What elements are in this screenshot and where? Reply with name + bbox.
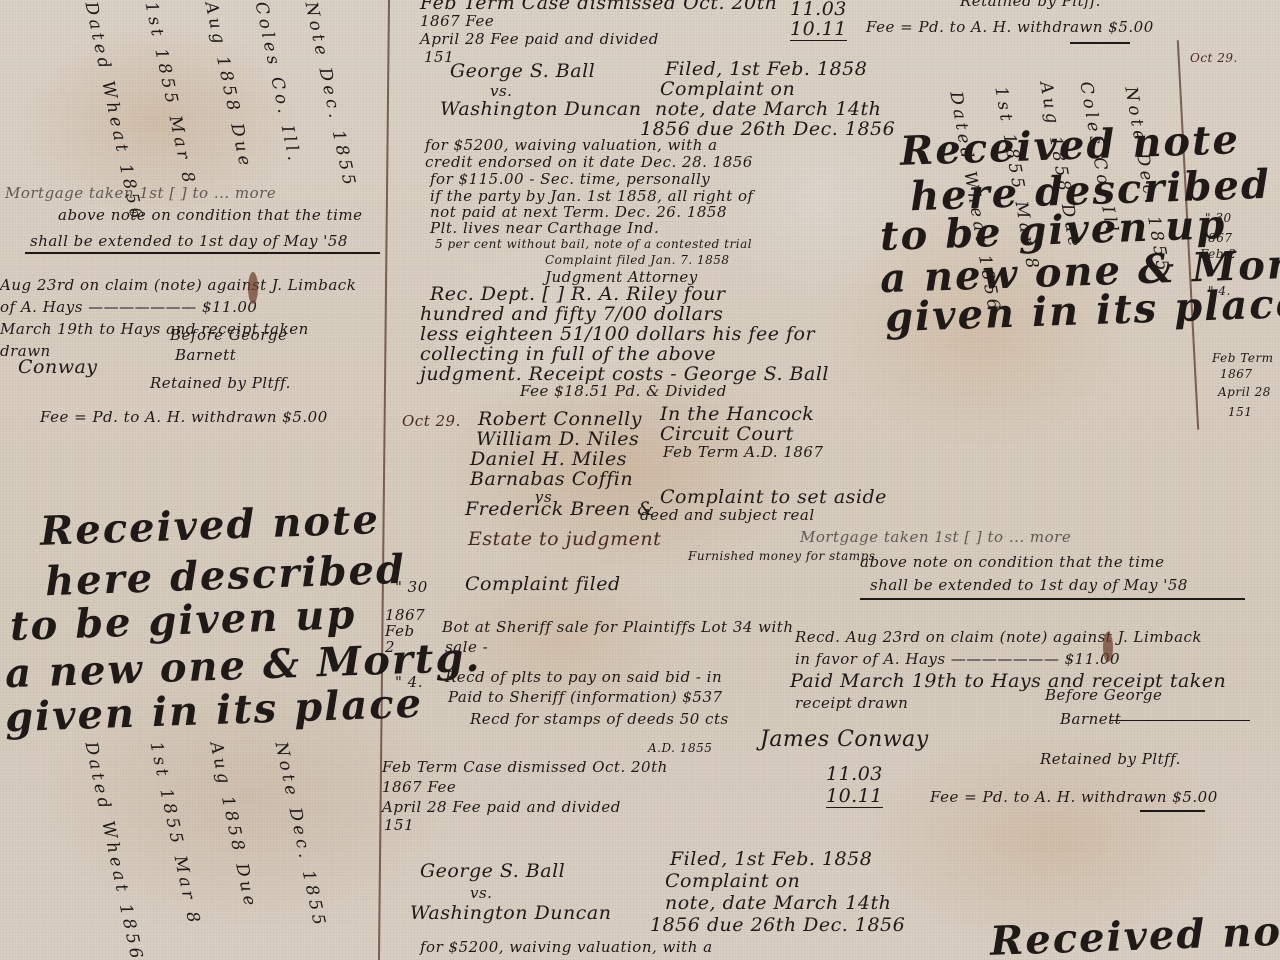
witness: Barnett — [175, 348, 236, 364]
receipt-line: Aug 23rd on claim (note) against J. Limb… — [0, 278, 356, 294]
case-body-line: 5 per cent without bail, note of a conte… — [435, 238, 752, 251]
complaint-line: deed and subject real — [640, 508, 815, 524]
signature: Conway — [18, 358, 98, 378]
receipt-line: hundred and fifty 7/00 dollars — [420, 305, 723, 325]
complaint-line: Complaint to set aside — [660, 488, 887, 508]
bottom-entry-line: April 28 Fee paid and divided — [382, 800, 621, 816]
case-desc: note, date March 14th — [655, 100, 881, 120]
retained-note: Retained by Pltff. — [960, 0, 1101, 10]
plaintiff-name: Daniel H. Miles — [470, 450, 627, 470]
date-note: A.D. 1855 — [648, 742, 712, 755]
case-filed: Filed, 1st Feb. 1858 — [670, 850, 872, 870]
mortgage-note: Mortgage taken 1st [ ] to ... more — [800, 530, 1071, 546]
underline — [860, 598, 1245, 600]
estate-line: Estate to judgment — [468, 530, 661, 550]
signature: James Conway — [760, 728, 929, 751]
witness: Before George — [1045, 688, 1162, 704]
case-body-line: Plt. lives near Carthage Ind. — [430, 221, 659, 237]
ink-blot — [1103, 632, 1113, 662]
court-name: Circuit Court — [660, 425, 794, 445]
receipt-line: receipt drawn — [795, 696, 908, 712]
bottom-entry-folio: 151 — [384, 818, 414, 834]
fee-line: Fee $18.51 Pd. & Divided — [520, 384, 727, 400]
plaintiff-name: William D. Niles — [476, 430, 639, 450]
case-desc: Complaint on — [665, 872, 800, 892]
margin-row: 1867 — [1200, 232, 1233, 245]
strike — [1110, 720, 1250, 721]
margin-row: 1867 — [1220, 368, 1253, 381]
case-body-line: for $115.00 - Sec. time, personally — [430, 172, 710, 188]
margin-date: Oct 29. — [1190, 52, 1238, 65]
cursive-block-line: Received note — [39, 499, 380, 553]
entry-text: Recd for stamps of deeds 50 cts — [470, 712, 729, 728]
fee-line: Fee = Pd. to A. H. withdrawn $5.00 — [40, 410, 328, 426]
bottom-entry-line: Feb Term Case dismissed Oct. 20th — [382, 760, 668, 776]
receipt-line: in favor of A. Hays ——————— $11.00 — [795, 652, 1120, 668]
receipt-line: collecting in full of the above — [420, 345, 716, 365]
retained-note: Retained by Pltff. — [1040, 752, 1181, 768]
witness: Before George — [170, 328, 287, 344]
margin-row: 151 — [1228, 406, 1252, 419]
case-body-line: for $5200, waiving valuation, with a — [425, 138, 718, 154]
cursive-block-line: Received note — [989, 909, 1280, 960]
mortgage-note: above note on condition that the time — [860, 555, 1164, 571]
versus: vs. — [470, 886, 492, 902]
retained-note: Retained by Pltff. — [150, 376, 291, 392]
underline — [25, 252, 380, 254]
amount: 10.11 — [826, 787, 883, 808]
underline — [1140, 810, 1205, 812]
case-body-line: credit endorsed on it date Dec. 28. 1856 — [425, 155, 753, 171]
case-desc: Complaint on — [660, 80, 795, 100]
mortgage-note: Mortgage taken 1st [ ] to ... more — [5, 186, 276, 202]
underline — [1070, 42, 1130, 44]
fee-line: Fee = Pd. to A. H. withdrawn $5.00 — [930, 790, 1218, 806]
defendant-name: Washington Duncan — [440, 100, 641, 120]
top-entry-line: 1867 Fee — [420, 14, 494, 30]
margin-row: Feb Term — [1212, 352, 1274, 365]
receipt-line: less eighteen 51/100 dollars his fee for — [420, 325, 815, 345]
entry-text: Complaint filed — [465, 575, 621, 595]
case-body-line: for $5200, waiving valuation, with a — [420, 940, 713, 956]
margin-row: Feb 2 — [1200, 248, 1236, 261]
court-name: In the Hancock — [660, 405, 814, 425]
entry-text: Paid to Sheriff (information) $537 — [448, 690, 723, 706]
case-desc: note, date March 14th — [665, 894, 891, 914]
case-body-line: Complaint filed Jan. 7. 1858 — [545, 254, 730, 267]
mortgage-note: shall be extended to 1st day of May '58 — [30, 234, 348, 250]
court-term: Feb Term A.D. 1867 — [663, 445, 824, 461]
amount: 10.11 — [790, 20, 847, 41]
ink-blot — [248, 272, 258, 304]
margin-row: April 28 — [1218, 386, 1271, 399]
margin-row: " 4. — [1208, 285, 1231, 298]
margin-row: " 30 — [1205, 212, 1232, 225]
defendant-name: Washington Duncan — [410, 904, 611, 924]
mortgage-note: shall be extended to 1st day of May '58 — [870, 578, 1188, 594]
case-filed: Filed, 1st Feb. 1858 — [665, 60, 867, 80]
bottom-entry-line: 1867 Fee — [382, 780, 456, 796]
entry-text: Bot at Sheriff sale for Plaintiffs Lot 3… — [442, 620, 794, 636]
amount: 11.03 — [790, 0, 847, 20]
fee-line: Fee = Pd. to A. H. withdrawn $5.00 — [866, 20, 1154, 36]
mortgage-note: above note on condition that the time — [58, 208, 362, 224]
plaintiff-name: Barnabas Coffin — [470, 470, 633, 490]
plaintiff-name: George S. Ball — [420, 862, 565, 882]
plaintiff-name: Robert Connelly — [478, 410, 642, 430]
case-desc: 1856 due 26th Dec. 1856 — [650, 916, 905, 936]
plaintiff-name: George S. Ball — [450, 62, 595, 82]
top-entry-line: April 28 Fee paid and divided — [420, 32, 659, 48]
receipt-line: of A. Hays ——————— $11.00 — [0, 300, 257, 316]
entry-text: Recd of plts to pay on said bid - in — [445, 670, 722, 686]
amount: 11.03 — [826, 765, 883, 785]
furnished-note: Furnished money for stamps — [688, 550, 875, 563]
entry-date: Oct 29. — [402, 414, 461, 430]
receipt-line: Rec. Dept. [ ] R. A. Riley four — [430, 285, 725, 305]
receipt-line: Recd. Aug 23rd on claim (note) against J… — [795, 630, 1202, 646]
defendant-name: Frederick Breen & — [465, 500, 655, 520]
